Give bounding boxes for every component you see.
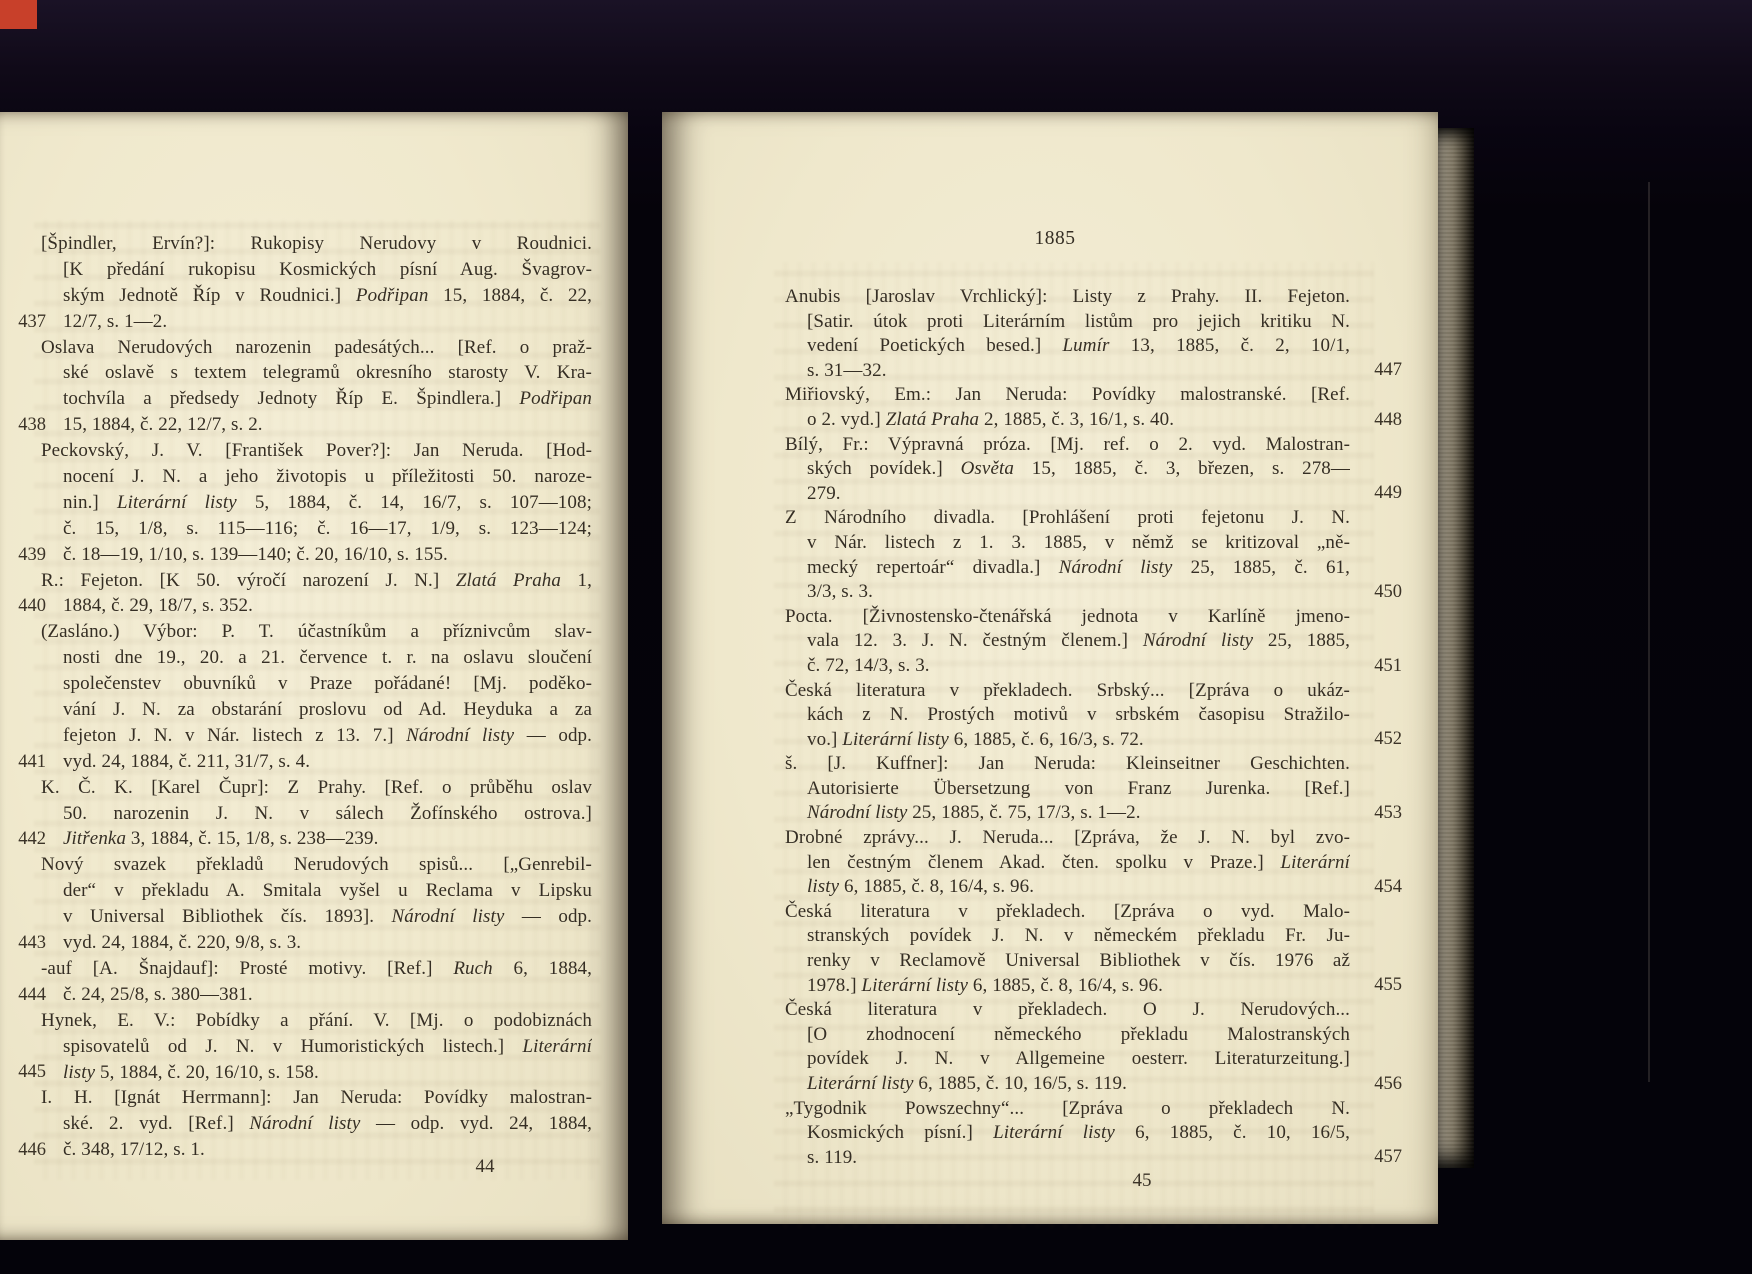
entry-line: ské. 2. vyd. [Ref.] Národní listy — odp.… [41,1111,592,1137]
bibliography-entry: Česká literatura v překladech. [Zpráva o… [785,900,1350,998]
page-edge-highlight [1648,182,1650,1082]
entry-line: Oslava Nerudových narozenin padesátých..… [41,335,592,361]
bibliography-entry: [Špindler, Ervín?]: Rukopisy Nerudovy v … [41,231,592,335]
entry-line: s. 31—32. [785,359,1350,384]
entry-number: 450 [1360,580,1402,605]
bibliography-entry: I. H. [Ignát Herrmann]: Jan Neruda: Poví… [41,1085,592,1163]
bibliography-entry: Česká literatura v překladech. O J. Neru… [785,998,1350,1096]
entry-line: mecký repertoár“ divadla.] Národní listy… [785,556,1350,581]
bibliography-entry: Oslava Nerudových narozenin padesátých..… [41,335,592,439]
entry-line: vyd. 24, 1884, č. 220, 9/8, s. 3. [41,930,592,956]
entry-line: Drobné zprávy... J. Neruda... [Zpráva, ž… [785,826,1350,851]
bibliography-entry: Pocta. [Živnostensko-čtenářská jednota v… [785,605,1350,679]
entry-number: 449 [1360,481,1402,506]
entry-number: 438 [4,413,46,438]
entry-line: č. 24, 25/8, s. 380—381. [41,982,592,1008]
scan-corner-mark [0,0,37,29]
entry-line: Hynek, E. V.: Pobídky a přání. V. [Mj. o… [41,1008,592,1034]
entry-line: vala 12. 3. J. N. čestným členem.] Národ… [785,629,1350,654]
bibliography-entry: Peckovský, J. V. [František Pover?]: Jan… [41,438,592,567]
entry-line: len čestným členem Akad. čten. spolku v … [785,851,1350,876]
entry-line: [Satir. útok proti Literárním listům pro… [785,310,1350,335]
bibliography-entry: Česká literatura v překladech. Srbský...… [785,679,1350,753]
entry-line: vyd. 24, 1884, č. 211, 31/7, s. 4. [41,749,592,775]
entry-line: nin.] Literární listy 5, 1884, č. 14, 16… [41,490,592,516]
page-right: 1885 Anubis [Jaroslav Vrchlický]: Listy … [662,112,1438,1224]
entry-line: Bílý, Fr.: Výpravná próza. [Mj. ref. o 2… [785,433,1350,458]
book-scan: [Špindler, Ervín?]: Rukopisy Nerudovy v … [0,0,1752,1274]
bibliography-entry: Anubis [Jaroslav Vrchlický]: Listy z Pra… [785,285,1350,383]
page-number-right: 45 [1122,1170,1162,1192]
entry-number: 443 [4,931,46,956]
entry-line: Pocta. [Živnostensko-čtenářská jednota v… [785,605,1350,630]
entry-line: Kosmických písní.] Literární listy 6, 18… [785,1121,1350,1146]
entry-number: 451 [1360,654,1402,679]
entry-line: 15, 1884, č. 22, 12/7, s. 2. [41,412,592,438]
entry-line: Nový svazek překladů Nerudových spisů...… [41,852,592,878]
entry-line: Literární listy 6, 1885, č. 10, 16/5, s.… [785,1072,1350,1097]
entry-number: 437 [4,310,46,335]
entry-number: 445 [4,1060,46,1085]
entry-line: vedení Poetických besed.] Lumír 13, 1885… [785,334,1350,359]
entry-number: 454 [1360,875,1402,900]
entry-line: Česká literatura v překladech. O J. Neru… [785,998,1350,1023]
entry-line: Národní listy 25, 1885, č. 75, 17/3, s. … [785,801,1350,826]
entry-line: ským Jednotě Říp v Roudnici.] Podřipan 1… [41,283,592,309]
entry-number: 442 [4,827,46,852]
entry-line: K. Č. K. [Karel Čupr]: Z Prahy. [Ref. o … [41,775,592,801]
page-left: [Špindler, Ervín?]: Rukopisy Nerudovy v … [0,112,628,1240]
entry-line: ských povídek.] Osvěta 15, 1885, č. 3, b… [785,457,1350,482]
entry-number: 444 [4,983,46,1008]
entry-number: 452 [1360,727,1402,752]
entry-line: Z Národního divadla. [Prohlášení proti f… [785,506,1350,531]
entry-line: listy 5, 1884, č. 20, 16/10, s. 158. [41,1060,592,1086]
entry-line: vání J. N. za obstarání proslovu od Ad. … [41,697,592,723]
entry-line: Jitřenka 3, 1884, č. 15, 1/8, s. 238—239… [41,826,592,852]
bibliography-entry: Drobné zprávy... J. Neruda... [Zpráva, ž… [785,826,1350,900]
entry-line: o 2. vyd.] Zlatá Praha 2, 1885, č. 3, 16… [785,408,1350,433]
entry-line: Autorisierte Übersetzung von Franz Juren… [785,777,1350,802]
entry-line: (Zasláno.) Výbor: P. T. účastníkům a pří… [41,619,592,645]
bibliography-entry: -auf [A. Šnajdauf]: Prosté motivy. [Ref.… [41,956,592,1008]
entry-line: listy 6, 1885, č. 8, 16/4, s. 96. [785,875,1350,900]
entry-line: renky v Reclamově Universal Bibliothek v… [785,949,1350,974]
bibliography-entry: „Tygodnik Powszechny“... [Zpráva o překl… [785,1097,1350,1171]
entry-line: „Tygodnik Powszechny“... [Zpráva o překl… [785,1097,1350,1122]
entry-number: 441 [4,750,46,775]
bibliography-entry: Hynek, E. V.: Pobídky a přání. V. [Mj. o… [41,1008,592,1086]
entry-line: š. [J. Kuffner]: Jan Neruda: Kleinseitne… [785,752,1350,777]
bibliography-entry: š. [J. Kuffner]: Jan Neruda: Kleinseitne… [785,752,1350,826]
entry-number: 456 [1360,1072,1402,1097]
entry-line: č. 18—19, 1/10, s. 139—140; č. 20, 16/10… [41,542,592,568]
entry-line: Česká literatura v překladech. [Zpráva o… [785,900,1350,925]
entry-line: ské oslavě s textem telegramů okresního … [41,360,592,386]
entry-line: kách z N. Prostých motivů v srbském časo… [785,703,1350,728]
entry-line: nosti dne 19., 20. a 21. července t. r. … [41,645,592,671]
entry-line: s. 119. [785,1146,1350,1171]
bibliography-entry: R.: Fejeton. [K 50. výročí narození J. N… [41,568,592,620]
entry-line: I. H. [Ignát Herrmann]: Jan Neruda: Poví… [41,1085,592,1111]
entry-number: 457 [1360,1145,1402,1170]
entry-line: 3/3, s. 3. [785,580,1350,605]
bibliography-entry: Nový svazek překladů Nerudových spisů...… [41,852,592,956]
entry-line: 279. [785,482,1350,507]
section-year-header: 1885 [785,228,1325,250]
entry-line: [Špindler, Ervín?]: Rukopisy Nerudovy v … [41,231,592,257]
entry-number: 455 [1360,973,1402,998]
entry-line: spisovatelů od J. N. v Humoristických li… [41,1034,592,1060]
bibliography-entry: K. Č. K. [Karel Čupr]: Z Prahy. [Ref. o … [41,775,592,853]
entry-line: Anubis [Jaroslav Vrchlický]: Listy z Pra… [785,285,1350,310]
entry-number: 439 [4,543,46,568]
entry-line: tochvíla a předsedy Jednoty Říp E. Špind… [41,386,592,412]
entry-line: vo.] Literární listy 6, 1885, č. 6, 16/3… [785,728,1350,753]
entry-line: nocení J. N. a jeho životopis u příležit… [41,464,592,490]
entry-number: 447 [1360,358,1402,383]
bibliography-entry: Z Národního divadla. [Prohlášení proti f… [785,506,1350,604]
page-number-left: 44 [465,1156,505,1178]
entry-line: č. 348, 17/12, s. 1. [41,1137,592,1163]
bibliography-entry: Miřiovský, Em.: Jan Neruda: Povídky malo… [785,383,1350,432]
entry-line: 12/7, s. 1—2. [41,309,592,335]
entry-line: Česká literatura v překladech. Srbský...… [785,679,1350,704]
entry-number: 448 [1360,408,1402,433]
entry-line: Miřiovský, Em.: Jan Neruda: Povídky malo… [785,383,1350,408]
entry-line: der“ v překladu A. Smitala vyšel u Recla… [41,878,592,904]
bibliography-entries-1884: [Špindler, Ervín?]: Rukopisy Nerudovy v … [41,231,592,1163]
entry-number: 453 [1360,801,1402,826]
bibliography-entry: (Zasláno.) Výbor: P. T. účastníkům a pří… [41,619,592,774]
entry-line: v Universal Bibliothek čís. 1893]. Národ… [41,904,592,930]
entry-line: -auf [A. Šnajdauf]: Prosté motivy. [Ref.… [41,956,592,982]
book-fore-edge [1438,128,1474,1168]
entry-line: Peckovský, J. V. [František Pover?]: Jan… [41,438,592,464]
entry-line: 1884, č. 29, 18/7, s. 352. [41,593,592,619]
entry-line: povídek J. N. v Allgemeine oesterr. Lite… [785,1047,1350,1072]
entry-line: stranských povídek J. N. v německém přek… [785,924,1350,949]
entry-line: společenstev obuvníků v Praze pořádané! … [41,671,592,697]
entry-number: 446 [4,1138,46,1163]
entry-line: R.: Fejeton. [K 50. výročí narození J. N… [41,568,592,594]
entry-line: č. 72, 14/3, s. 3. [785,654,1350,679]
bibliography-entry: Bílý, Fr.: Výpravná próza. [Mj. ref. o 2… [785,433,1350,507]
bibliography-entries-1885: Anubis [Jaroslav Vrchlický]: Listy z Pra… [785,285,1350,1170]
entry-line: [K předání rukopisu Kosmických písní Aug… [41,257,592,283]
entry-line: č. 15, 1/8, s. 115—116; č. 16—17, 1/9, s… [41,516,592,542]
entry-line: fejeton J. N. v Nár. listech z 13. 7.] N… [41,723,592,749]
entry-number: 440 [4,594,46,619]
entry-line: 50. narozenin J. N. v sálech Žofínského … [41,801,592,827]
entry-line: v Nár. listech z 1. 3. 1885, v němž se k… [785,531,1350,556]
entry-line: [O zhodnocení německého překladu Malostr… [785,1023,1350,1048]
entry-line: 1978.] Literární listy 6, 1885, č. 8, 16… [785,974,1350,999]
